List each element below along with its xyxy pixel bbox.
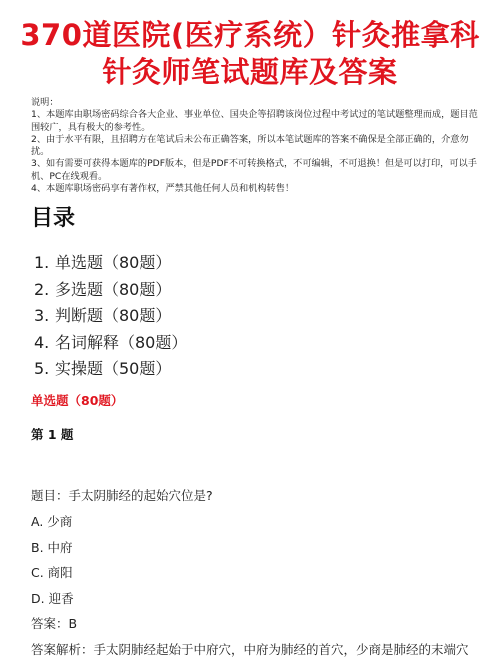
- note-item-3: 3、如有需要可获得本题库的PDF版本，但是PDF不可转换格式，不可编辑，不可退换…: [31, 158, 481, 183]
- toc-item-label: 单选题（80题）: [55, 253, 171, 272]
- option-a: A. 少商: [31, 512, 72, 530]
- section-title: 单选题（80题）: [31, 391, 123, 409]
- toc-item[interactable]: 2.多选题（80题）: [34, 277, 187, 304]
- note-item-4: 4、本题库职场密码享有著作权，严禁其他任何人员和机构转售！: [31, 183, 481, 195]
- toc-item[interactable]: 3.判断题（80题）: [34, 303, 187, 330]
- document-title-line-1: 370道医院(医疗系统）针灸推拿科: [0, 18, 500, 52]
- table-of-contents: 1.单选题（80题） 2.多选题（80题） 3.判断题（80题） 4.名词解释（…: [34, 250, 187, 383]
- toc-item[interactable]: 5.实操题（50题）: [34, 356, 187, 383]
- option-d: D. 迎香: [31, 589, 74, 607]
- notes-heading: 说明：: [31, 97, 481, 109]
- toc-item-label: 实操题（50题）: [55, 359, 171, 378]
- answer: 答案：B: [31, 614, 77, 632]
- toc-item-label: 名词解释（80题）: [55, 333, 187, 352]
- document-title-line-2: 针灸师笔试题库及答案: [0, 55, 500, 89]
- note-item-1: 1、本题库由职场密码综合各大企业、事业单位、国央企等招聘该岗位过程中考试过的笔试…: [31, 109, 481, 134]
- toc-item-number: 5.: [34, 356, 55, 382]
- answer-explanation: 答案解析：手太阴肺经起始于中府穴，中府为肺经的首穴，少商是肺经的末端穴: [31, 640, 469, 658]
- toc-item-number: 1.: [34, 250, 55, 276]
- toc-item-number: 2.: [34, 277, 55, 303]
- toc-heading: 目录: [31, 205, 75, 233]
- toc-item[interactable]: 1.单选题（80题）: [34, 250, 187, 277]
- option-c: C. 商阳: [31, 563, 73, 581]
- question-number: 第 1 题: [31, 425, 73, 443]
- toc-item-label: 判断题（80题）: [55, 306, 171, 325]
- toc-item-label: 多选题（80题）: [55, 280, 171, 299]
- note-item-2: 2、由于水平有限，且招聘方在笔试后未公布正确答案，所以本笔试题库的答案不确保是全…: [31, 134, 481, 159]
- toc-item-number: 3.: [34, 303, 55, 329]
- option-b: B. 中府: [31, 538, 73, 556]
- question-text: 题目：手太阴肺经的起始穴位是?: [31, 486, 213, 504]
- notes-block: 说明： 1、本题库由职场密码综合各大企业、事业单位、国央企等招聘该岗位过程中考试…: [31, 97, 481, 195]
- toc-item[interactable]: 4.名词解释（80题）: [34, 330, 187, 357]
- toc-item-number: 4.: [34, 330, 55, 356]
